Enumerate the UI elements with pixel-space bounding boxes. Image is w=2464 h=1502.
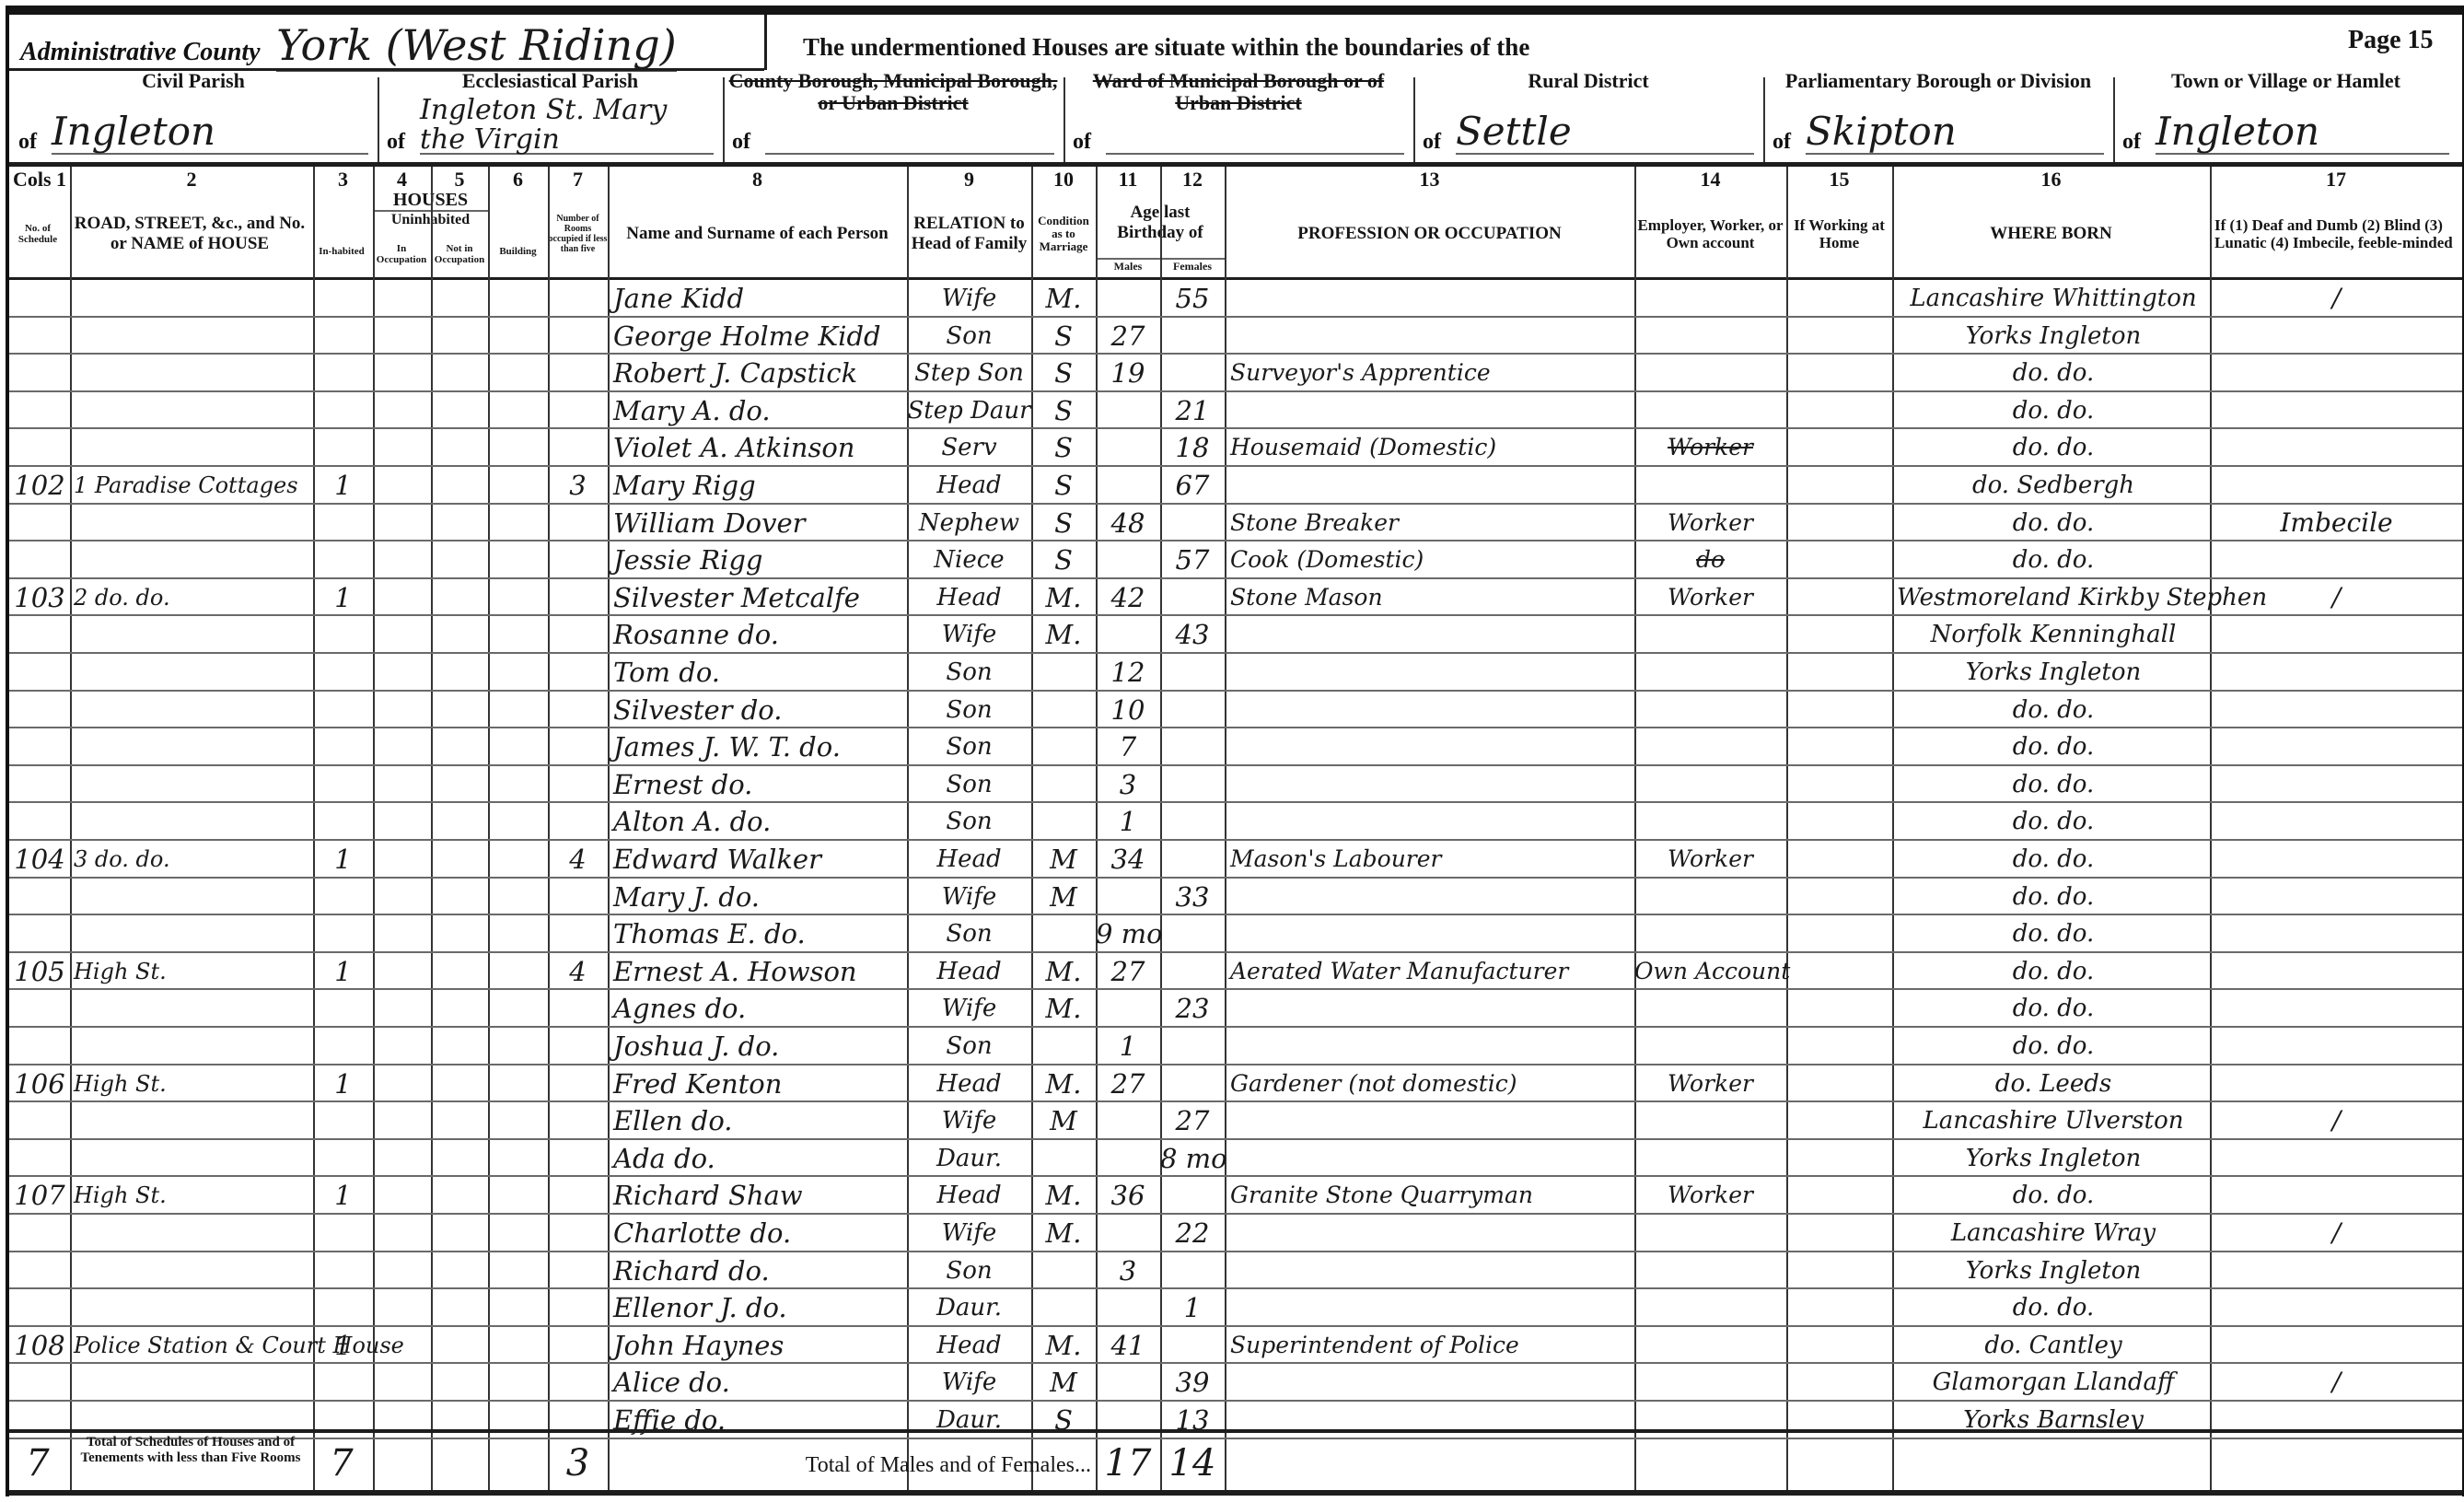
- employment-status: [1634, 1215, 1786, 1252]
- schedule-number: 108: [9, 1327, 70, 1364]
- marital-condition: [1031, 766, 1096, 803]
- house-address: [74, 280, 311, 317]
- inhabited-count: 1: [313, 1065, 373, 1102]
- inhabited-count: [313, 1289, 373, 1326]
- relation-to-head: Head: [907, 841, 1031, 878]
- house-address: [74, 654, 311, 691]
- relation-to-head: Daur.: [907, 1289, 1031, 1326]
- rooms-count: [548, 990, 608, 1027]
- rooms-count: [548, 915, 608, 952]
- female-age: [1160, 355, 1225, 391]
- employment-status: Worker: [1634, 841, 1786, 878]
- column-divider: [1225, 167, 1226, 1493]
- column-number: 4: [373, 168, 431, 188]
- male-age: [1096, 1289, 1160, 1326]
- male-age: [1096, 1102, 1160, 1139]
- inhabited-count: [313, 766, 373, 803]
- female-age: [1160, 766, 1225, 803]
- infirmity: [2214, 1065, 2458, 1102]
- schedule-number: [9, 355, 70, 391]
- employment-status: [1634, 1102, 1786, 1139]
- female-age: [1160, 1252, 1225, 1289]
- person-name: Alton A. do.: [613, 803, 906, 840]
- occupation: [1230, 1102, 1633, 1139]
- birthplace: do. do.: [1897, 1028, 2210, 1065]
- rural-district-label: Rural District: [1413, 70, 1763, 92]
- column-divider: [431, 167, 433, 1493]
- house-address: High St.: [74, 1177, 311, 1214]
- relation-to-head: Son: [907, 654, 1031, 691]
- female-age: [1160, 654, 1225, 691]
- marital-condition: S: [1031, 392, 1096, 429]
- ecclesiastical-parish-label: Ecclesiastical Parish: [378, 70, 723, 92]
- county-borough-label: County Borough, Municipal Borough, or Ur…: [723, 70, 1063, 114]
- infirmity: [2214, 1252, 2458, 1289]
- rooms-count: [548, 879, 608, 915]
- employment-status: [1634, 467, 1786, 504]
- marital-condition: S: [1031, 505, 1096, 541]
- column-number: 5: [431, 168, 488, 188]
- inhabited-count: [313, 318, 373, 355]
- person-name: Edward Walker: [613, 841, 906, 878]
- total-inhabited: 7: [313, 1442, 370, 1485]
- marital-condition: M: [1031, 841, 1096, 878]
- employment-status: [1634, 1327, 1786, 1364]
- column-number: 11: [1096, 168, 1160, 188]
- top-border: [9, 6, 2462, 15]
- relation-to-head: Daur.: [907, 1402, 1031, 1438]
- inhabited-count: [313, 803, 373, 840]
- marital-condition: M.: [1031, 953, 1096, 990]
- employment-status: [1634, 1289, 1786, 1326]
- column-number: 15: [1786, 168, 1892, 188]
- column-number: Cols 1: [9, 168, 70, 188]
- birthplace: do. do.: [1897, 392, 2210, 429]
- birthplace: do. Leeds: [1897, 1065, 2210, 1102]
- page-number: Page 15: [2348, 26, 2434, 55]
- occupation: Surveyor's Apprentice: [1230, 355, 1633, 391]
- marital-condition: [1031, 728, 1096, 765]
- column-divider: [70, 167, 72, 1493]
- marital-condition: [1031, 1140, 1096, 1177]
- inhabited-count: 1: [313, 841, 373, 878]
- town-village-value: Ingleton: [2156, 111, 2449, 155]
- house-address: [74, 392, 311, 429]
- schedule-number: [9, 654, 70, 691]
- male-age: [1096, 879, 1160, 915]
- employment-status: Worker: [1634, 1065, 1786, 1102]
- marital-condition: [1031, 1028, 1096, 1065]
- schedule-number: [9, 1028, 70, 1065]
- birthplace: Yorks Ingleton: [1897, 318, 2210, 355]
- marital-condition: S: [1031, 429, 1096, 466]
- relation-to-head: Wife: [907, 280, 1031, 317]
- house-address: High St.: [74, 1065, 311, 1102]
- marital-condition: [1031, 1289, 1096, 1326]
- col-name-header: Name and Surname of each Person: [608, 192, 907, 276]
- col-where-born-header: WHERE BORN: [1892, 192, 2210, 276]
- inhabited-count: [313, 654, 373, 691]
- inhabited-count: [313, 1028, 373, 1065]
- total-females: 14: [1160, 1442, 1225, 1485]
- column-number: 7: [548, 168, 608, 188]
- birthplace: do. Cantley: [1897, 1327, 2210, 1364]
- female-age: 27: [1160, 1102, 1225, 1139]
- male-age: 36: [1096, 1177, 1160, 1214]
- employment-status: [1634, 915, 1786, 952]
- female-age: [1160, 1065, 1225, 1102]
- admin-county-label: Administrative County: [20, 38, 261, 66]
- column-divider: [1892, 167, 1894, 1493]
- male-age: [1096, 541, 1160, 578]
- of-label: of: [18, 130, 37, 155]
- ward-label: Ward of Municipal Borough or of Urban Di…: [1063, 70, 1413, 114]
- birthplace: do. do.: [1897, 915, 2210, 952]
- occupation: [1230, 728, 1633, 765]
- person-name: Ellen do.: [613, 1102, 906, 1139]
- occupation: Gardener (not domestic): [1230, 1065, 1633, 1102]
- civil-parish: Civil Parish of Ingleton: [9, 70, 378, 162]
- rooms-count: [548, 280, 608, 317]
- birthplace: do. do.: [1897, 692, 2210, 728]
- ward: Ward of Municipal Borough or of Urban Di…: [1063, 70, 1413, 162]
- parliamentary-division-label: Parliamentary Borough or Division: [1763, 70, 2113, 92]
- female-age: 13: [1160, 1402, 1225, 1438]
- birthplace: do. do.: [1897, 766, 2210, 803]
- occupation: Aerated Water Manufacturer: [1230, 953, 1633, 990]
- column-number: 2: [70, 168, 313, 188]
- male-age: 42: [1096, 579, 1160, 616]
- male-age: [1096, 467, 1160, 504]
- county-borough-value: [765, 111, 1054, 155]
- town-village-label: Town or Village or Hamlet: [2113, 70, 2458, 92]
- person-name: Violet A. Atkinson: [613, 429, 906, 466]
- rooms-count: [548, 1252, 608, 1289]
- rural-district-value: Settle: [1456, 111, 1754, 155]
- female-age: 18: [1160, 429, 1225, 466]
- civil-parish-label: Civil Parish: [9, 70, 378, 92]
- marital-condition: M.: [1031, 616, 1096, 653]
- rooms-count: [548, 1402, 608, 1438]
- occupation: [1230, 879, 1633, 915]
- column-number: 17: [2210, 168, 2462, 188]
- person-name: Ada do.: [613, 1140, 906, 1177]
- female-age: [1160, 803, 1225, 840]
- schedule-number: 106: [9, 1065, 70, 1102]
- rooms-count: [548, 766, 608, 803]
- person-name: Mary J. do.: [613, 879, 906, 915]
- male-age: 1: [1096, 803, 1160, 840]
- rooms-count: 4: [548, 953, 608, 990]
- divider: [764, 15, 767, 70]
- occupation: Housemaid (Domestic): [1230, 429, 1633, 466]
- inhabited-count: 1: [313, 579, 373, 616]
- schedule-number: 104: [9, 841, 70, 878]
- relation-to-head: Son: [907, 803, 1031, 840]
- employment-status: [1634, 1252, 1786, 1289]
- bottom-rule: [9, 1490, 2462, 1496]
- male-age: [1096, 392, 1160, 429]
- col-condition-header: Condition as to Marriage: [1031, 192, 1096, 276]
- parliamentary-division: Parliamentary Borough or Division of Ski…: [1763, 70, 2113, 162]
- col-employment-header: Employer, Worker, or Own account: [1634, 192, 1786, 276]
- birthplace: do. Sedbergh: [1897, 467, 2210, 504]
- inhabited-count: [313, 280, 373, 317]
- person-name: Fred Kenton: [613, 1065, 906, 1102]
- employment-status: Worker: [1634, 505, 1786, 541]
- employment-status: [1634, 1402, 1786, 1438]
- house-address: [74, 879, 311, 915]
- inhabited-count: [313, 392, 373, 429]
- marital-condition: S: [1031, 355, 1096, 391]
- occupation: [1230, 803, 1633, 840]
- occupation: [1230, 1364, 1633, 1401]
- schedule-number: [9, 692, 70, 728]
- infirmity: [2214, 879, 2458, 915]
- rooms-count: [548, 1215, 608, 1252]
- of-label: of: [2122, 130, 2141, 155]
- employment-status: [1634, 392, 1786, 429]
- female-age: 43: [1160, 616, 1225, 653]
- occupation: Stone Breaker: [1230, 505, 1633, 541]
- occupation: [1230, 280, 1633, 317]
- employment-status: Own Account: [1634, 953, 1786, 990]
- schedule-number: [9, 318, 70, 355]
- birthplace: do. do.: [1897, 879, 2210, 915]
- col-females-header: Females: [1160, 258, 1225, 274]
- employment-status: do: [1634, 541, 1786, 578]
- male-age: 27: [1096, 1065, 1160, 1102]
- column-number: 12: [1160, 168, 1225, 188]
- column-divider: [608, 167, 610, 1493]
- male-age: 48: [1096, 505, 1160, 541]
- rooms-count: [548, 1140, 608, 1177]
- inhabited-count: 1: [313, 467, 373, 504]
- schedule-number: [9, 392, 70, 429]
- schedule-number: [9, 1140, 70, 1177]
- infirmity: [2214, 990, 2458, 1027]
- male-age: 34: [1096, 841, 1160, 878]
- rooms-count: [548, 692, 608, 728]
- person-name: John Haynes: [613, 1327, 906, 1364]
- col-address-header: ROAD, STREET, &c., and No. or NAME of HO…: [70, 192, 309, 276]
- infirmity: [2214, 654, 2458, 691]
- civil-parish-value: Ingleton: [52, 111, 368, 155]
- schedule-number: [9, 280, 70, 317]
- inhabited-count: [313, 1140, 373, 1177]
- relation-to-head: Daur.: [907, 1140, 1031, 1177]
- marital-condition: [1031, 915, 1096, 952]
- schedule-number: [9, 766, 70, 803]
- schedule-number: [9, 429, 70, 466]
- marital-condition: S: [1031, 1402, 1096, 1438]
- inhabited-count: [313, 1215, 373, 1252]
- rooms-count: [548, 579, 608, 616]
- schedule-number: 102: [9, 467, 70, 504]
- occupation: [1230, 1215, 1633, 1252]
- relation-to-head: Son: [907, 1252, 1031, 1289]
- infirmity: [2214, 616, 2458, 653]
- rooms-count: [548, 318, 608, 355]
- male-age: 27: [1096, 953, 1160, 990]
- census-page: Administrative County York (West Riding)…: [6, 6, 2464, 1496]
- house-address: [74, 541, 311, 578]
- marital-condition: M.: [1031, 1215, 1096, 1252]
- birthplace: Yorks Ingleton: [1897, 654, 2210, 691]
- infirmity: [2214, 1289, 2458, 1326]
- female-age: 1: [1160, 1289, 1225, 1326]
- occupation: [1230, 1140, 1633, 1177]
- rooms-count: [548, 505, 608, 541]
- relation-to-head: Head: [907, 953, 1031, 990]
- birthplace: do. do.: [1897, 541, 2210, 578]
- of-label: of: [1073, 130, 1091, 155]
- inhabited-count: [313, 1102, 373, 1139]
- employment-status: Worker: [1634, 429, 1786, 466]
- relation-to-head: Niece: [907, 541, 1031, 578]
- of-label: of: [387, 130, 405, 155]
- occupation: [1230, 1402, 1633, 1438]
- occupation: [1230, 915, 1633, 952]
- person-name: Jessie Rigg: [613, 541, 906, 578]
- person-name: Tom do.: [613, 654, 906, 691]
- female-age: [1160, 692, 1225, 728]
- relation-to-head: Wife: [907, 879, 1031, 915]
- marital-condition: M.: [1031, 1327, 1096, 1364]
- person-name: Effie do.: [613, 1402, 906, 1438]
- birthplace: do. do.: [1897, 803, 2210, 840]
- male-age: 10: [1096, 692, 1160, 728]
- total-rooms: 3: [548, 1442, 608, 1485]
- total-males-females-label: Total of Males and of Females...: [617, 1453, 1091, 1478]
- of-label: of: [732, 130, 750, 155]
- marital-condition: S: [1031, 467, 1096, 504]
- person-name: Ernest A. Howson: [613, 953, 906, 990]
- marital-condition: M: [1031, 879, 1096, 915]
- col-not-in-occupation-header: Not in Occupation: [431, 231, 488, 277]
- schedule-number: 107: [9, 1177, 70, 1214]
- infirmity: [2214, 728, 2458, 765]
- schedule-number: [9, 990, 70, 1027]
- house-address: [74, 915, 311, 952]
- relation-to-head: Wife: [907, 616, 1031, 653]
- person-name: James J. W. T. do.: [613, 728, 906, 765]
- occupation: [1230, 1252, 1633, 1289]
- female-age: [1160, 841, 1225, 878]
- col-working-home-header: If Working at Home: [1786, 192, 1892, 276]
- house-address: [74, 318, 311, 355]
- marital-condition: M.: [1031, 990, 1096, 1027]
- house-address: 3 do. do.: [74, 841, 311, 878]
- female-age: [1160, 915, 1225, 952]
- relation-to-head: Wife: [907, 1215, 1031, 1252]
- marital-condition: M: [1031, 1364, 1096, 1401]
- male-age: [1096, 280, 1160, 317]
- male-age: [1096, 1364, 1160, 1401]
- of-label: of: [1772, 130, 1791, 155]
- inhabited-count: 1: [313, 1177, 373, 1214]
- female-age: [1160, 1327, 1225, 1364]
- house-address: High St.: [74, 953, 311, 990]
- infirmity: [2214, 429, 2458, 466]
- inhabited-count: [313, 879, 373, 915]
- marital-condition: M.: [1031, 1177, 1096, 1214]
- column-number: 3: [313, 168, 373, 188]
- infirmity: /: [2214, 1364, 2458, 1401]
- male-age: 12: [1096, 654, 1160, 691]
- rooms-count: 3: [548, 467, 608, 504]
- column-number: 14: [1634, 168, 1786, 188]
- birthplace: do. do.: [1897, 505, 2210, 541]
- female-age: [1160, 1177, 1225, 1214]
- employment-status: [1634, 1140, 1786, 1177]
- employment-status: [1634, 280, 1786, 317]
- house-address: [74, 355, 311, 391]
- schedule-number: [9, 1252, 70, 1289]
- female-age: 55: [1160, 280, 1225, 317]
- occupation: [1230, 1289, 1633, 1326]
- house-address: 2 do. do.: [74, 579, 311, 616]
- inhabited-count: [313, 1402, 373, 1438]
- house-address: [74, 505, 311, 541]
- occupation: [1230, 766, 1633, 803]
- relation-to-head: Step Son: [907, 355, 1031, 391]
- person-name: William Dover: [613, 505, 906, 541]
- male-age: 3: [1096, 766, 1160, 803]
- house-address: 1 Paradise Cottages: [74, 467, 311, 504]
- person-name: Ellenor J. do.: [613, 1289, 906, 1326]
- schedule-number: [9, 505, 70, 541]
- inhabited-count: [313, 429, 373, 466]
- occupation: [1230, 654, 1633, 691]
- rooms-count: [548, 429, 608, 466]
- person-name: Joshua J. do.: [613, 1028, 906, 1065]
- infirmity: [2214, 841, 2458, 878]
- person-name: Mary A. do.: [613, 392, 906, 429]
- infirmity: [2214, 392, 2458, 429]
- infirmity: Imbecile: [2214, 505, 2458, 541]
- person-name: Jane Kidd: [613, 280, 906, 317]
- col-males-header: Males: [1096, 258, 1160, 274]
- occupation: [1230, 990, 1633, 1027]
- rooms-count: [548, 541, 608, 578]
- relation-to-head: Son: [907, 766, 1031, 803]
- house-address: [74, 803, 311, 840]
- house-address: [74, 1102, 311, 1139]
- infirmity: /: [2214, 1215, 2458, 1252]
- birthplace: do. do.: [1897, 429, 2210, 466]
- infirmity: [2214, 1327, 2458, 1364]
- occupation: Superintendent of Police: [1230, 1327, 1633, 1364]
- house-address: [74, 1252, 311, 1289]
- col-rooms-header: Number of Rooms occupied if less than fi…: [548, 192, 608, 276]
- male-age: [1096, 990, 1160, 1027]
- employment-status: [1634, 766, 1786, 803]
- birthplace: Yorks Barnsley: [1897, 1402, 2210, 1438]
- rooms-count: [548, 728, 608, 765]
- relation-to-head: Head: [907, 1177, 1031, 1214]
- administrative-county: Administrative County York (West Riding): [20, 20, 677, 70]
- employment-status: [1634, 654, 1786, 691]
- infirmity: [2214, 467, 2458, 504]
- occupation: Mason's Labourer: [1230, 841, 1633, 878]
- house-address: Police Station & Court House: [74, 1327, 311, 1364]
- schedule-number: [9, 541, 70, 578]
- birthplace: do. do.: [1897, 728, 2210, 765]
- col-schedule-header: No. of Schedule: [9, 192, 66, 276]
- column-divider: [488, 167, 490, 1493]
- employment-status: [1634, 616, 1786, 653]
